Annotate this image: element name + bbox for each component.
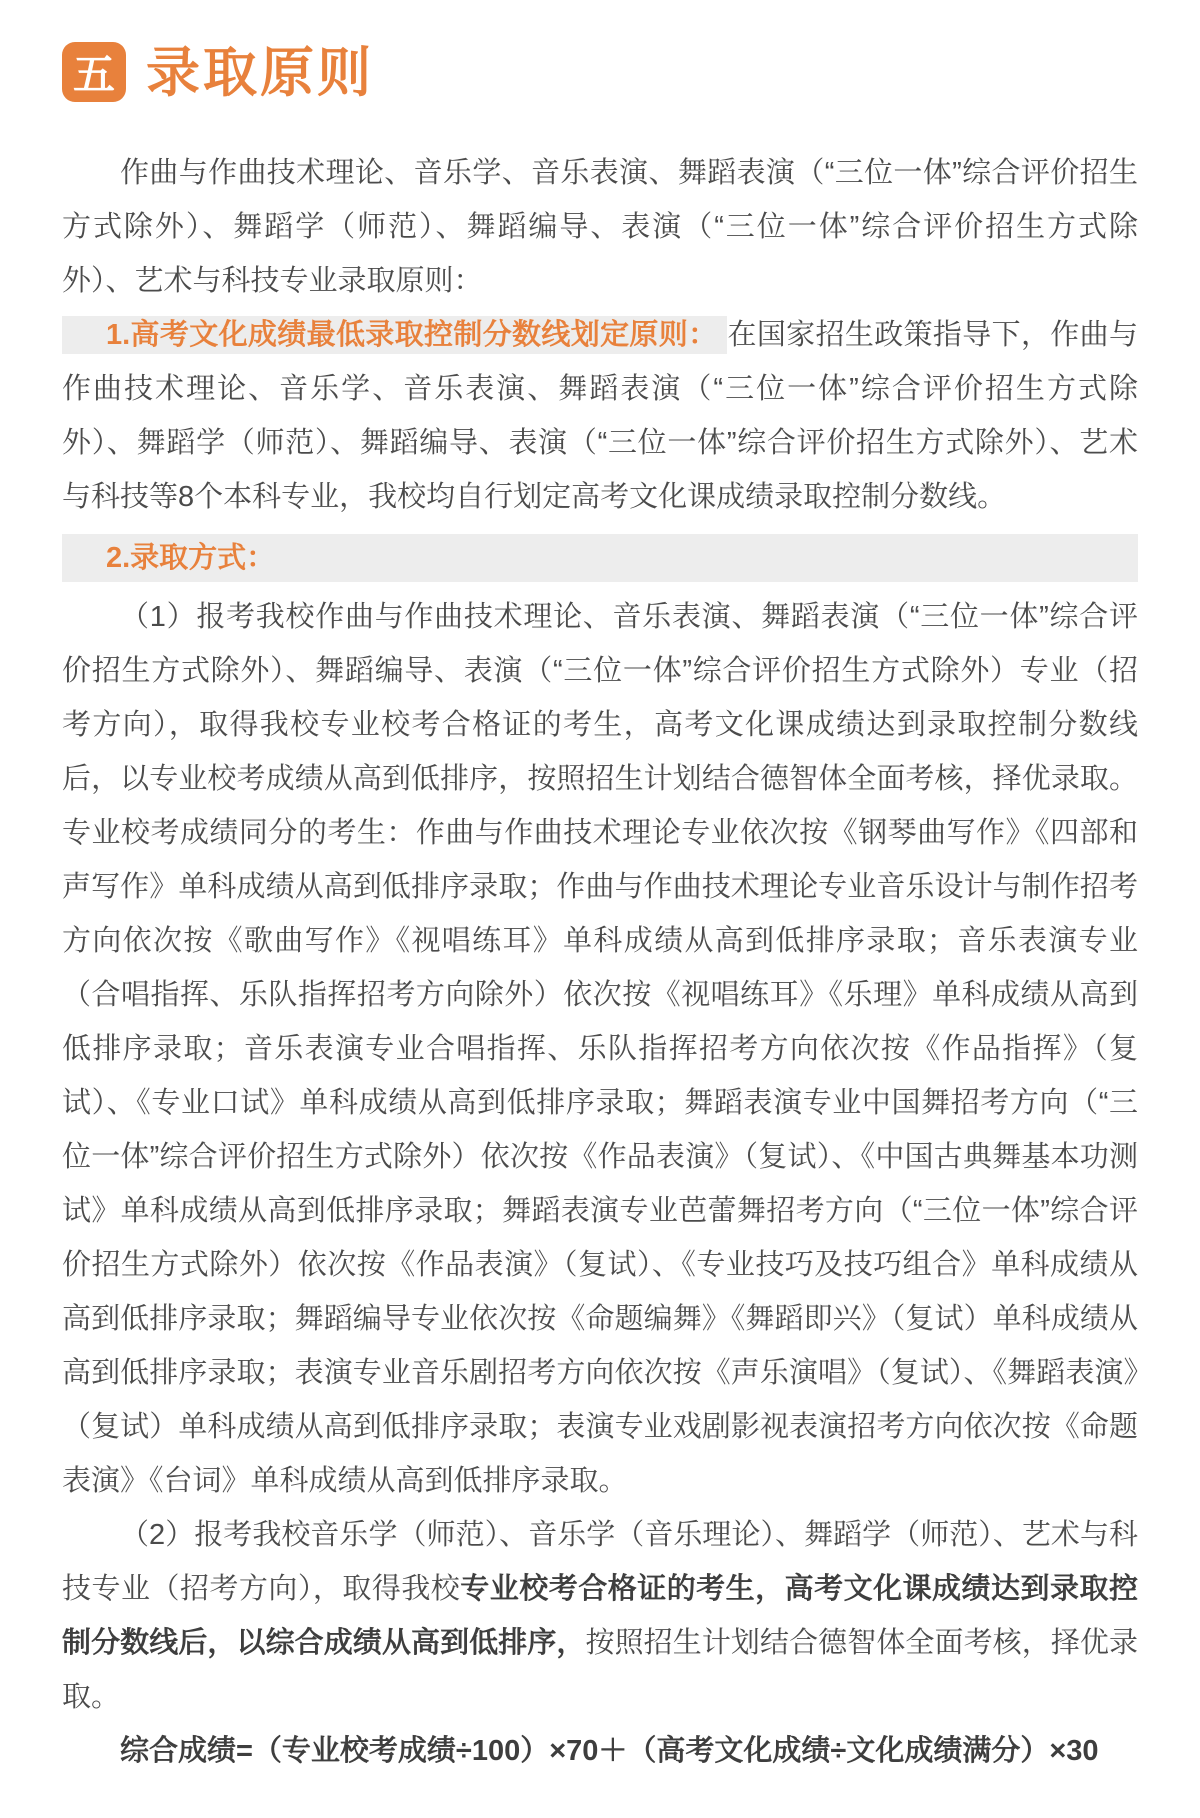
page-title: 录取原则: [146, 45, 374, 99]
section-number-badge: 五: [62, 42, 126, 102]
composite-score-formula: 综合成绩=（专业校考成绩÷100）×70＋（高考文化成绩÷文化成绩满分）×30: [62, 1724, 1138, 1778]
intro-paragraph: 作曲与作曲技术理论、音乐学、音乐表演、舞蹈表演（“三位一体”综合评价招生方式除外…: [62, 146, 1138, 308]
rule-1-heading: 1.高考文化成绩最低录取控制分数线划定原则：: [62, 316, 727, 354]
section-header: 五 录取原则: [62, 42, 1138, 102]
rule-1-paragraph: 1.高考文化成绩最低录取控制分数线划定原则：在国家招生政策指导下，作曲与作曲技术…: [62, 308, 1138, 524]
rule-2-heading: 2.录取方式：: [62, 534, 1138, 582]
admission-item-1: （1）报考我校作曲与作曲技术理论、音乐表演、舞蹈表演（“三位一体”综合评价招生方…: [62, 590, 1138, 1508]
document-page: 五 录取原则 作曲与作曲技术理论、音乐学、音乐表演、舞蹈表演（“三位一体”综合评…: [0, 0, 1200, 1818]
admission-item-2: （2）报考我校音乐学（师范）、音乐学（音乐理论）、舞蹈学（师范）、艺术与科技专业…: [62, 1508, 1138, 1724]
